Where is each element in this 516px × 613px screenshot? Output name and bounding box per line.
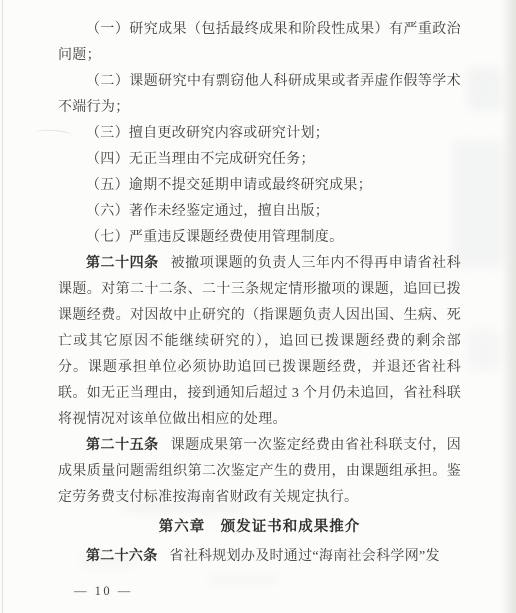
clause-item-3: （三）擅自更改研究内容或研究计划； <box>58 121 461 147</box>
clause-item-2: （二）课题研究中有剽窃他人科研成果或者弄虚作假等学术不端行为； <box>58 69 461 121</box>
page-number: — 10 — <box>74 584 133 599</box>
scan-edge-shadow <box>501 0 516 613</box>
article-25-paragraph: 第二十五条课题成果第一次鉴定经费由省社科联支付，因成果质量问题需组织第二次鉴定产… <box>58 433 461 511</box>
scanned-document-page: （一）研究成果（包括最终成果和阶段性成果）有严重政治问题； （二）课题研究中有剽… <box>0 0 516 613</box>
article-24-text: 被撤项课题的负责人三年内不得再申请省社科课题。对第二十二条、二十三条规定情形撤项… <box>58 256 461 427</box>
article-26-number: 第二十六条 <box>86 549 158 564</box>
article-25-number: 第二十五条 <box>86 438 159 453</box>
bleedthrough-smudge <box>468 68 502 110</box>
clause-item-6: （六）著作未经鉴定通过，擅自出版； <box>58 199 461 225</box>
chapter-heading: 第六章 颁发证书和成果推介 <box>58 514 461 540</box>
clause-item-4: （四）无正当理由不完成研究任务； <box>58 147 461 173</box>
clause-item-1: （一）研究成果（包括最终成果和阶段性成果）有严重政治问题； <box>58 17 461 69</box>
article-24-number: 第二十四条 <box>86 256 159 271</box>
scan-edge-line <box>2 0 3 613</box>
clause-item-5: （五）逾期不提交延期申请或最终研究成果； <box>58 173 461 199</box>
bleedthrough-smudge <box>208 575 278 584</box>
bleedthrough-smudge <box>468 330 500 370</box>
article-26-paragraph: 第二十六条省社科规划办及时通过“海南社会科学网”发 <box>58 544 461 570</box>
article-24-paragraph: 第二十四条被撤项课题的负责人三年内不得再申请省社科课题。对第二十二条、二十三条规… <box>58 251 461 433</box>
article-26-text: 省社科规划办及时通过“海南社会科学网”发 <box>169 549 439 564</box>
document-body: （一）研究成果（包括最终成果和阶段性成果）有严重政治问题； （二）课题研究中有剽… <box>58 17 461 570</box>
clause-item-7: （七）严重违反课题经费使用管理制度。 <box>58 225 461 251</box>
